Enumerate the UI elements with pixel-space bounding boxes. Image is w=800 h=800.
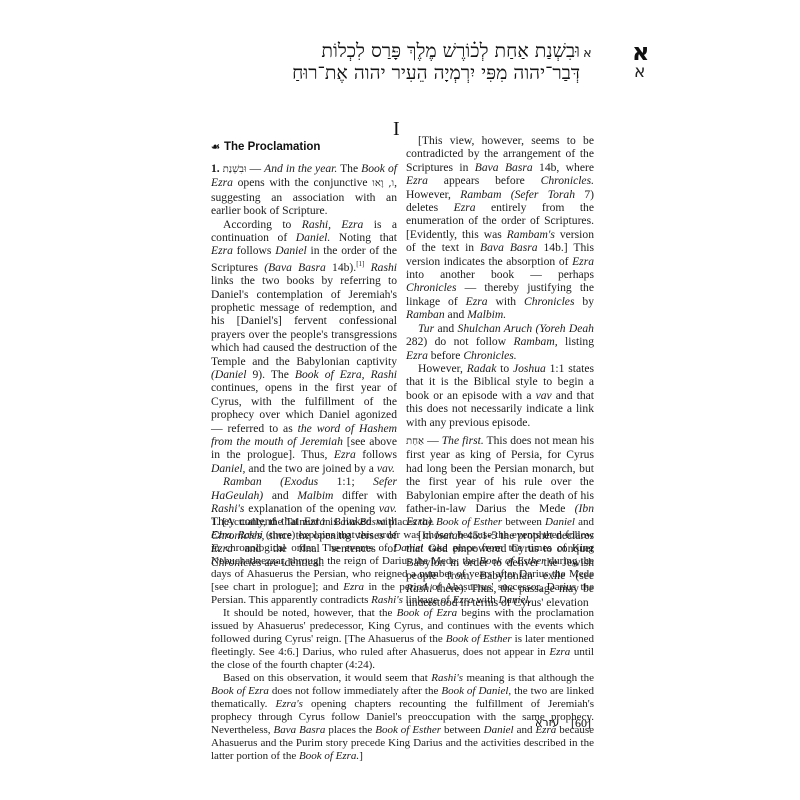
footnote-paragraph: 1. [Actually, the Talmud in Bava Basra p… xyxy=(211,516,594,607)
chapter-letter-small: א xyxy=(634,62,645,82)
book-page: וּבִשְׁנַת אַחַת לְכ֗וֹרֶשׁ מֶלֶךְ פָּרַ… xyxy=(0,0,800,800)
verse-number-marker: א xyxy=(583,46,592,61)
commentary-paragraph: Tur and Shulchan Aruch (Yoreh Deah 282) … xyxy=(406,322,594,362)
commentary-paragraph: אַחַת — The first. This does not mean hi… xyxy=(406,434,594,529)
hebrew-verse-text: וּבִשְׁנַת אַחַת לְכ֗וֹרֶשׁ מֶלֶךְ פָּרַ… xyxy=(260,40,580,84)
commentary-paragraph: However, Radak to Joshua 1:1 states that… xyxy=(406,362,594,429)
hebrew-verse-line-1: וּבִשְׁנַת אַחַת לְכ֗וֹרֶשׁ מֶלֶךְ פָּרַ… xyxy=(260,40,580,62)
commentary-paragraph: [This view, however, seems to be contrad… xyxy=(406,134,594,322)
commentary-paragraph: According to Rashi, Ezra is a continuati… xyxy=(211,218,397,476)
commentary-left-column: 1. וּבִשְׁנַת — And in the year. The Boo… xyxy=(211,144,397,569)
section-numeral: I xyxy=(393,118,400,141)
hebrew-verse-line-2: דְּבַר־יהוה מִפִּי יִרְמְיָה הֵעִיר יהוה… xyxy=(260,62,580,84)
footnote-paragraph: It should be noted, however, that the Bo… xyxy=(211,607,594,672)
commentary-paragraph: 1. וּבִשְׁנַת — And in the year. The Boo… xyxy=(211,162,397,218)
page-number: [60] xyxy=(571,716,591,731)
running-footer-book-name: עזרא xyxy=(535,716,559,729)
